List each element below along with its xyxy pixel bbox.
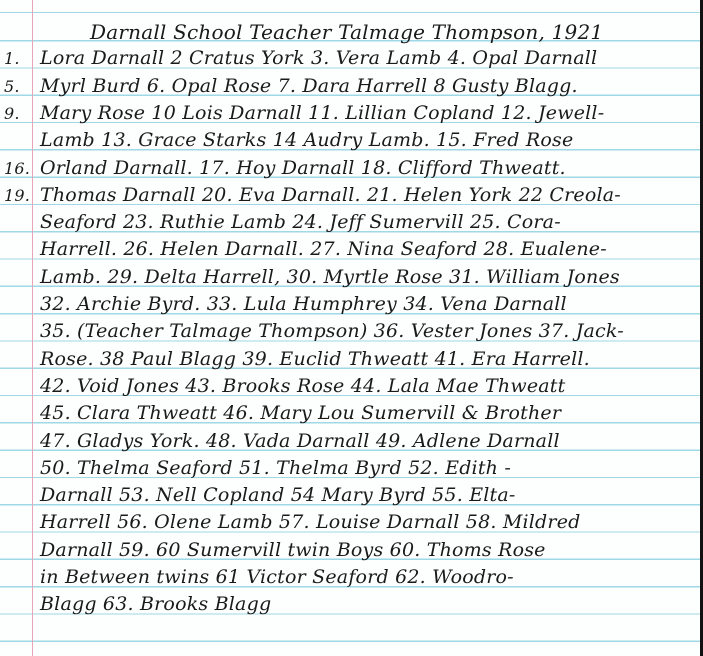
list-line: 42. Void Jones 43. Brooks Rose 44. Lala …	[0, 373, 700, 399]
line-text: 42. Void Jones 43. Brooks Rose 44. Lala …	[40, 375, 565, 397]
margin-number: 19.	[4, 186, 30, 205]
list-line: 32. Archie Byrd. 33. Lula Humphrey 34. V…	[0, 291, 700, 317]
list-line: 19.Thomas Darnall 20. Eva Darnall. 21. H…	[0, 182, 700, 208]
line-text: Darnall 59. 60 Sumervill twin Boys 60. T…	[40, 539, 546, 561]
list-line: Darnall 53. Nell Copland 54 Mary Byrd 55…	[0, 482, 700, 508]
list-line: Blagg 63. Brooks Blagg	[0, 591, 700, 617]
margin-number: 5.	[4, 77, 20, 96]
line-text: 50. Thelma Seaford 51. Thelma Byrd 52. E…	[40, 457, 511, 479]
line-text: Myrl Burd 6. Opal Rose 7. Dara Harrell 8…	[40, 75, 578, 97]
line-text: Darnall 53. Nell Copland 54 Mary Byrd 55…	[40, 484, 516, 506]
line-text: Harrell 56. Olene Lamb 57. Louise Darnal…	[40, 511, 581, 533]
title-text: Darnall School Teacher Talmage Thompson,…	[90, 20, 603, 44]
line-text: Lora Darnall 2 Cratus York 3. Vera Lamb …	[40, 47, 597, 69]
line-text: 45. Clara Thweatt 46. Mary Lou Sumervill…	[40, 402, 561, 424]
list-line: Lamb 13. Grace Starks 14 Audry Lamb. 15.…	[0, 127, 700, 153]
margin-number: 9.	[4, 104, 20, 123]
list-line: 5.Myrl Burd 6. Opal Rose 7. Dara Harrell…	[0, 73, 700, 99]
list-line: 50. Thelma Seaford 51. Thelma Byrd 52. E…	[0, 455, 700, 481]
margin-number: 1.	[4, 49, 20, 68]
list-line: Darnall 59. 60 Sumervill twin Boys 60. T…	[0, 537, 700, 563]
line-text: Seaford 23. Ruthie Lamb 24. Jeff Sumervi…	[40, 211, 561, 233]
list-line: Seaford 23. Ruthie Lamb 24. Jeff Sumervi…	[0, 209, 700, 235]
line-text: Mary Rose 10 Lois Darnall 11. Lillian Co…	[40, 102, 604, 124]
line-text: Thomas Darnall 20. Eva Darnall. 21. Hele…	[40, 184, 621, 206]
list-line: 45. Clara Thweatt 46. Mary Lou Sumervill…	[0, 400, 700, 426]
list-line: 1.Lora Darnall 2 Cratus York 3. Vera Lam…	[0, 45, 700, 71]
line-text: Rose. 38 Paul Blagg 39. Euclid Thweatt 4…	[40, 348, 590, 370]
line-text: 32. Archie Byrd. 33. Lula Humphrey 34. V…	[40, 293, 567, 315]
line-text: Lamb. 29. Delta Harrell, 30. Myrtle Rose…	[40, 266, 620, 288]
line-text: 35. (Teacher Talmage Thompson) 36. Veste…	[40, 320, 624, 342]
line-text: Harrell. 26. Helen Darnall. 27. Nina Sea…	[40, 238, 607, 260]
page-title: Darnall School Teacher Talmage Thompson,…	[0, 18, 700, 44]
line-text: in Between twins 61 Victor Seaford 62. W…	[40, 566, 514, 588]
list-line: in Between twins 61 Victor Seaford 62. W…	[0, 564, 700, 590]
list-line: 16.Orland Darnall. 17. Hoy Darnall 18. C…	[0, 155, 700, 181]
line-text: Blagg 63. Brooks Blagg	[40, 593, 271, 615]
list-line: Harrell 56. Olene Lamb 57. Louise Darnal…	[0, 509, 700, 535]
line-text: Orland Darnall. 17. Hoy Darnall 18. Clif…	[40, 157, 566, 179]
line-text: 47. Gladys York. 48. Vada Darnall 49. Ad…	[40, 430, 560, 452]
list-line: 35. (Teacher Talmage Thompson) 36. Veste…	[0, 318, 700, 344]
list-line: Rose. 38 Paul Blagg 39. Euclid Thweatt 4…	[0, 346, 700, 372]
list-line: Harrell. 26. Helen Darnall. 27. Nina Sea…	[0, 236, 700, 262]
list-line: Lamb. 29. Delta Harrell, 30. Myrtle Rose…	[0, 264, 700, 290]
line-text: Lamb 13. Grace Starks 14 Audry Lamb. 15.…	[40, 129, 573, 151]
list-line: 47. Gladys York. 48. Vada Darnall 49. Ad…	[0, 428, 700, 454]
list-line: 9.Mary Rose 10 Lois Darnall 11. Lillian …	[0, 100, 700, 126]
margin-number: 16.	[4, 159, 30, 178]
